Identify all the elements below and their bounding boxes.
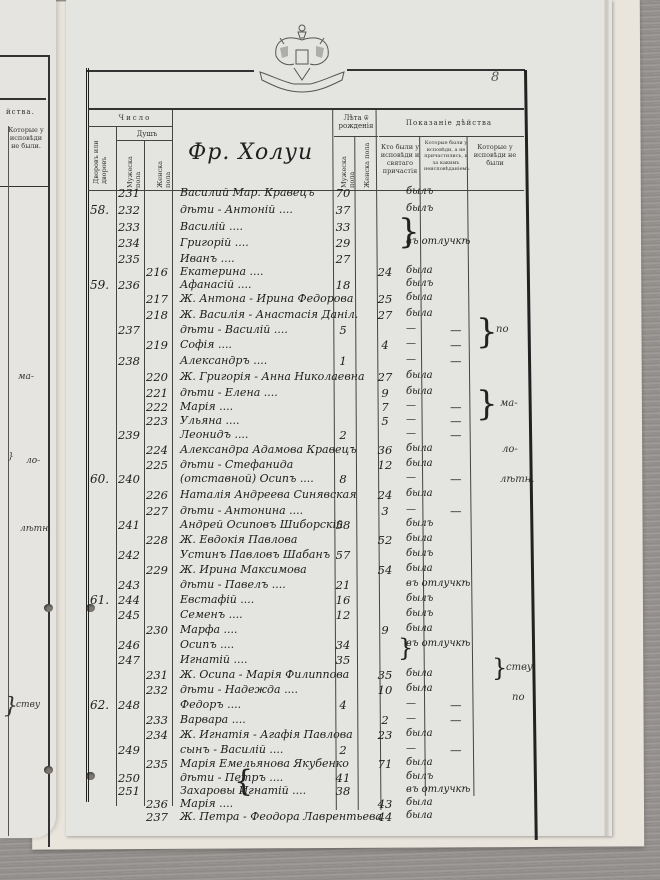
female-age: 9	[374, 386, 396, 400]
header-age-group: Лѣта ѿ рожденія	[336, 114, 376, 130]
confession-status: —	[406, 414, 448, 425]
register-row: 219Софія ....4——	[88, 338, 524, 355]
not-confessed-mark: —	[450, 743, 482, 757]
female-age: 54	[374, 563, 396, 577]
female-age: 2	[374, 713, 396, 727]
person-name: сынъ - Василій ....	[180, 743, 424, 756]
person-name: Василій ....	[180, 220, 424, 233]
header-age-female: Женска пола	[363, 142, 371, 188]
confession-status: была	[406, 370, 448, 381]
section-title: Фр. Холуи	[188, 140, 313, 165]
not-confessed-mark: —	[450, 713, 482, 727]
male-soul-number: 233	[118, 220, 144, 234]
male-age: 37	[332, 203, 354, 217]
male-age: 5	[332, 323, 354, 337]
margin-note: лѣтн.	[500, 474, 534, 485]
female-age: 35	[374, 668, 396, 682]
female-soul-number: 216	[146, 265, 168, 279]
margin-note: по	[512, 692, 524, 703]
male-soul-number: 251	[118, 784, 144, 798]
female-age: 25	[374, 292, 396, 306]
person-name: Осипъ ....	[180, 638, 424, 651]
male-soul-number: 237	[118, 323, 144, 337]
brace: }	[476, 384, 498, 424]
male-age: 16	[332, 593, 354, 607]
confession-status: была	[406, 443, 448, 454]
female-soul-number: 221	[146, 386, 168, 400]
male-soul-number: 232	[118, 203, 144, 217]
person-name: Семенъ ....	[180, 608, 424, 621]
not-confessed-mark: —	[450, 698, 482, 712]
female-soul-number: 230	[146, 623, 168, 637]
table-top-rule	[88, 108, 524, 110]
confession-status: была	[406, 488, 448, 499]
male-soul-number: 245	[118, 608, 144, 622]
left-page-column-rule	[8, 126, 9, 836]
confession-status: —	[406, 400, 448, 411]
female-soul-number: 229	[146, 563, 168, 577]
person-name: Андрей Осиповъ Шиборскій	[180, 518, 424, 531]
header-rule	[334, 136, 378, 137]
left-page-header-rule	[0, 98, 46, 100]
female-soul-number: 218	[146, 308, 168, 322]
register-row: 60.240(отставной) Осипъ ....8——	[88, 472, 524, 489]
header-number-group: Число	[100, 114, 170, 122]
dvor-number: 61.	[90, 593, 116, 607]
header-only-confession: Которые были у исповѣди, а не причастили…	[424, 140, 468, 173]
male-age: 2	[332, 743, 354, 757]
confession-status: была	[406, 623, 448, 634]
female-soul-number: 227	[146, 504, 168, 518]
register-row: 226Наталія Андреева Синявская24была	[88, 488, 524, 505]
male-soul-number: 248	[118, 698, 144, 712]
female-soul-number: 228	[146, 533, 168, 547]
female-age: 36	[374, 443, 396, 457]
male-soul-number: 246	[118, 638, 144, 652]
confession-status: въ отлучкѣ	[406, 578, 448, 589]
confession-status: была	[406, 728, 448, 739]
confession-status: была	[406, 757, 448, 768]
confession-status: была	[406, 683, 448, 694]
brace: }	[398, 634, 413, 662]
dvor-number: 58.	[90, 203, 116, 217]
male-age: 41	[332, 771, 354, 785]
female-age: 43	[374, 797, 396, 811]
confession-status: —	[406, 428, 448, 439]
page-fold	[604, 0, 609, 836]
female-soul-number: 231	[146, 668, 168, 682]
brace: {	[234, 764, 253, 799]
male-soul-number: 238	[118, 354, 144, 368]
person-name: Устинъ Павловъ Шабанъ	[180, 548, 424, 561]
brace: }	[398, 212, 420, 252]
person-name: Федоръ ....	[180, 698, 424, 711]
not-confessed-mark: —	[450, 504, 482, 518]
female-age: 23	[374, 728, 396, 742]
register-row: 234Григорій ....29въ отлучкѣ	[88, 236, 524, 253]
register-row: 58.232дѣти - Антоній ....37былъ	[88, 203, 524, 220]
confession-status: была	[406, 533, 448, 544]
female-soul-number: 225	[146, 458, 168, 472]
male-soul-number: 234	[118, 236, 144, 250]
person-name: дѣти - Антоній ....	[180, 203, 424, 216]
header-rule	[88, 126, 172, 127]
male-soul-number: 250	[118, 771, 144, 785]
person-name: Афанасій ....	[180, 278, 424, 291]
confession-status: была	[406, 308, 448, 319]
confession-status: была	[406, 810, 448, 821]
person-name: Захаровы Игнатій ....	[180, 784, 424, 797]
male-age: 33	[332, 220, 354, 234]
female-age: 5	[374, 414, 396, 428]
header-not-confession: Которые у исповѣди не были	[472, 143, 518, 167]
male-soul-number: 243	[118, 578, 144, 592]
person-name: дѣти - Василій ....	[180, 323, 424, 336]
female-soul-number: 223	[146, 414, 168, 428]
dvor-number: 62.	[90, 698, 116, 712]
left-margin-note: ству	[16, 700, 40, 710]
not-confessed-mark: —	[450, 472, 482, 486]
male-soul-number: 240	[118, 472, 144, 486]
person-name: дѣти - Петръ ....	[180, 771, 424, 784]
person-name: Игнатій ....	[180, 653, 424, 666]
header-confession-group: Показаніе дѣйства	[384, 119, 514, 127]
female-soul-number: 236	[146, 797, 168, 811]
binding-hole	[44, 604, 53, 612]
header-female: Женска пола	[156, 144, 172, 188]
male-age: 4	[332, 698, 354, 712]
male-age: 1	[332, 354, 354, 368]
dvor-number: 59.	[90, 278, 116, 292]
not-confessed-mark: —	[450, 354, 482, 368]
female-age: 52	[374, 533, 396, 547]
person-name: Александръ ....	[180, 354, 424, 367]
male-age: 57	[332, 548, 354, 562]
female-soul-number: 220	[146, 370, 168, 384]
male-soul-number: 249	[118, 743, 144, 757]
person-name: Леонидъ ....	[180, 428, 424, 441]
confession-status: былъ	[406, 608, 448, 619]
confession-status: —	[406, 323, 448, 334]
left-margin-note: ма-	[18, 372, 34, 382]
female-age: 27	[374, 308, 396, 322]
margin-note: ству	[506, 662, 533, 673]
female-age: 12	[374, 458, 396, 472]
male-age: 58	[332, 518, 354, 532]
male-age: 70	[332, 186, 354, 200]
confession-status: —	[406, 504, 448, 515]
female-age: 24	[374, 488, 396, 502]
register-row: 238Александръ ....1——	[88, 354, 524, 371]
register-row: 231Василий Мар. Кравецъ70былъ	[88, 186, 524, 203]
confession-status: былъ	[406, 186, 448, 197]
left-page-column-header: Которые у исповѣди не были.	[8, 126, 44, 150]
person-name: дѣти - Павелъ ....	[180, 578, 424, 591]
male-age: 35	[332, 653, 354, 667]
female-age: 10	[374, 683, 396, 697]
confession-status: былъ	[406, 548, 448, 559]
person-name: Евстафій ....	[180, 593, 424, 606]
confession-status: былъ	[406, 278, 448, 289]
register-row: 233Василій ....33	[88, 220, 524, 237]
female-age: 3	[374, 504, 396, 518]
confession-status: была	[406, 797, 448, 808]
left-page: йства. Которые у исповѣди не были. ма- }…	[0, 0, 56, 838]
confession-status: была	[406, 386, 448, 397]
confession-status: —	[406, 698, 448, 709]
confession-status: былъ	[406, 518, 448, 529]
female-age: 4	[374, 338, 396, 352]
female-soul-number: 222	[146, 400, 168, 414]
register-row: 217Ж. Антона - Ирина Федорова25была	[88, 292, 524, 309]
male-age: 8	[332, 472, 354, 486]
left-margin-note: ло-	[26, 456, 40, 466]
male-soul-number: 235	[118, 252, 144, 266]
male-age: 18	[332, 278, 354, 292]
female-soul-number: 234	[146, 728, 168, 742]
confession-status: была	[406, 458, 448, 469]
confession-status: —	[406, 354, 448, 365]
brace: }	[476, 312, 498, 352]
confession-status: —	[406, 472, 448, 483]
confession-status: была	[406, 668, 448, 679]
header-was-confession: Кто были у исповѣди и святаго причастія	[380, 143, 420, 175]
female-soul-number: 224	[146, 443, 168, 457]
header-dush-group: Душъ	[122, 130, 172, 138]
female-soul-number: 233	[146, 713, 168, 727]
male-soul-number: 241	[118, 518, 144, 532]
female-soul-number: 219	[146, 338, 168, 352]
male-age: 2	[332, 428, 354, 442]
confession-status: была	[406, 563, 448, 574]
male-age: 29	[332, 236, 354, 250]
person-name: Иванъ ....	[180, 252, 424, 265]
female-age: 71	[374, 757, 396, 771]
confession-status: —	[406, 743, 448, 754]
confession-status: была	[406, 265, 448, 276]
male-soul-number: 244	[118, 593, 144, 607]
person-name: (отставной) Осипъ ....	[180, 472, 424, 485]
female-soul-number: 217	[146, 292, 168, 306]
female-soul-number: 235	[146, 757, 168, 771]
female-soul-number: 237	[146, 810, 168, 824]
binding-hole	[44, 766, 53, 774]
female-age: 7	[374, 400, 396, 414]
male-soul-number: 239	[118, 428, 144, 442]
male-age: 38	[332, 784, 354, 798]
female-age: 9	[374, 623, 396, 637]
not-confessed-mark: —	[450, 428, 482, 442]
left-margin-note: лѣтн.	[20, 524, 51, 534]
register-row: 220Ж. Григорія - Анна Николаевна27была	[88, 370, 524, 387]
brace: }	[492, 654, 507, 682]
female-soul-number: 232	[146, 683, 168, 697]
confession-status: была	[406, 292, 448, 303]
left-margin-brace: }	[8, 452, 14, 462]
person-name: Василий Мар. Кравецъ	[180, 186, 424, 199]
male-age: 27	[332, 252, 354, 266]
female-age: 24	[374, 265, 396, 279]
male-age: 12	[332, 608, 354, 622]
female-age: 44	[374, 810, 396, 824]
confession-status: —	[406, 338, 448, 349]
male-soul-number: 247	[118, 653, 144, 667]
male-soul-number: 242	[118, 548, 144, 562]
male-age: 21	[332, 578, 354, 592]
female-soul-number: 226	[146, 488, 168, 502]
margin-note: ло-	[502, 444, 518, 455]
dvor-number: 60.	[90, 472, 116, 486]
male-soul-number: 231	[118, 186, 144, 200]
confession-status: —	[406, 713, 448, 724]
margin-note: по	[496, 324, 508, 335]
confession-status: былъ	[406, 593, 448, 604]
confession-status: въ отлучкѣ	[406, 784, 448, 795]
left-page-header-title: йства.	[6, 108, 35, 116]
header-dvorov: Дворовъ или дворовъ	[92, 134, 110, 184]
register-row: 237Ж. Петра - Феодора Лаврентьева44была	[88, 810, 524, 827]
header-male: Мужеска пола	[126, 144, 142, 188]
female-age: 27	[374, 370, 396, 384]
confession-status: былъ	[406, 771, 448, 782]
male-age: 34	[332, 638, 354, 652]
margin-note: ма-	[500, 398, 518, 409]
person-name: Григорій ....	[180, 236, 424, 249]
male-soul-number: 236	[118, 278, 144, 292]
header-rule	[379, 136, 524, 137]
